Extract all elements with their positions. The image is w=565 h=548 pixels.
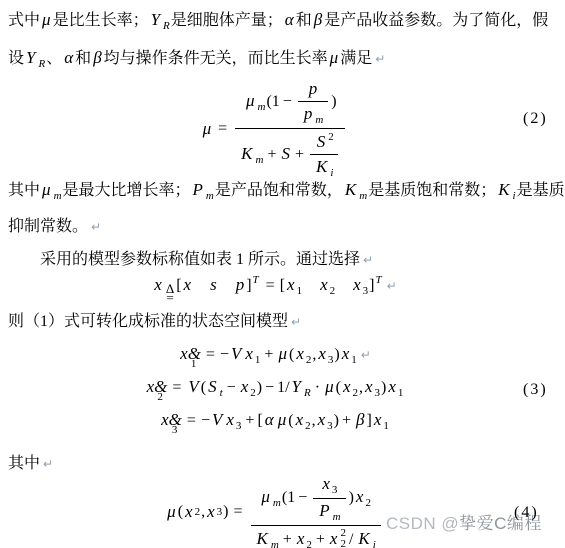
math-token: 2 — [195, 506, 201, 518]
equation-3-row-3: x&3=−Vx3+[αμ(x2,x3)+β]x1 — [0, 410, 549, 432]
equation-2: μ=μm(1−ppm)Km+S+S2Ki — [0, 84, 549, 174]
math-token: [ — [176, 277, 181, 294]
math-token: = — [218, 120, 227, 138]
math-token: β — [314, 10, 322, 29]
math-token: + — [283, 531, 292, 548]
math-token: P — [319, 501, 329, 520]
equation-3-number: (3) — [523, 381, 548, 399]
math-token: 是产品收益参数。为了简化，假 — [324, 12, 548, 29]
math-token: 则（1）式可转化成标准的状态空间模型 — [8, 313, 288, 330]
math-token: m — [54, 190, 62, 202]
math-token: (1 — [282, 489, 295, 506]
return-mark: ↵ — [43, 457, 53, 471]
math-token: x — [154, 275, 162, 294]
math-token: x — [184, 275, 192, 294]
math-token: 设 — [8, 50, 24, 67]
math-token: 其中 — [8, 455, 40, 472]
math-token: − — [201, 412, 210, 429]
paragraph-2-line-2: 抑制常数。↵ — [8, 215, 101, 239]
fraction: μm(1−ppm)Km+S+S2Ki — [235, 79, 345, 179]
math-token: = — [172, 379, 181, 396]
math-token: x — [356, 487, 364, 506]
math-token: 3 — [363, 285, 369, 297]
math-token: β — [356, 410, 364, 429]
math-token: − — [283, 93, 292, 110]
math-token: 3 — [332, 484, 338, 496]
math-token: (1 — [266, 93, 279, 110]
math-token: 1 — [351, 354, 357, 366]
paragraph-1-line-2: 设YR、α和β均与操作条件无关，而比生长率μ满足↵ — [8, 46, 385, 76]
math-token: + — [295, 146, 304, 163]
math-token: R — [38, 58, 45, 70]
math-token: ( — [178, 503, 183, 521]
watermark-prefix: CSDN @ — [386, 514, 459, 533]
math-token: x — [161, 410, 169, 429]
math-token: x — [374, 410, 382, 429]
math-token: p — [236, 275, 245, 294]
math-token: · — [315, 379, 320, 396]
math-token: 和 — [296, 12, 312, 29]
paragraph-3: 采用的模型参数标称值如表 1 所示。通过选择↵ — [40, 248, 373, 272]
math-token: m — [333, 511, 341, 523]
math-token: , — [312, 346, 316, 363]
math-token: s — [210, 275, 217, 294]
math-token: 1/ — [277, 379, 289, 396]
math-token: m — [315, 114, 323, 126]
math-token: x — [207, 502, 215, 522]
math-token: β — [93, 48, 101, 67]
math-token: 2 — [306, 539, 312, 548]
math-token: 2 — [340, 539, 346, 548]
fraction-numerator: μm(1−ppm) — [240, 79, 341, 128]
math-token: 是基质 — [517, 182, 565, 199]
math-token: ( — [289, 346, 294, 363]
return-mark: ↵ — [91, 220, 101, 234]
document-page: { "page": {"background": "#ffffff", "tex… — [0, 0, 565, 548]
math-token: 2 — [306, 354, 312, 366]
math-token: 满足 — [340, 50, 372, 67]
state-vector-definition: xΔ=[xsp]T=[x1x2x3]T↵ — [0, 274, 549, 302]
math-token: ) — [381, 379, 386, 396]
math-token: x — [343, 377, 351, 396]
math-token: 式中 — [8, 12, 40, 29]
math-token: + — [245, 412, 254, 429]
return-mark: ↵ — [291, 315, 301, 329]
math-token: x — [388, 377, 396, 396]
fraction-denominator: Pm — [313, 498, 345, 523]
math-token: K — [316, 157, 327, 176]
math-token: = — [266, 277, 275, 294]
math-token: x — [342, 344, 350, 363]
math-token: T — [253, 274, 259, 286]
math-token: ) — [331, 93, 336, 110]
math-token: x — [296, 410, 304, 429]
math-token: ( — [201, 379, 206, 396]
math-token: 1 — [383, 420, 389, 432]
math-token: S — [317, 132, 326, 151]
math-token: μ — [325, 377, 334, 396]
fraction-numerator: S2 — [311, 131, 338, 154]
math-token: 抑制常数。 — [8, 218, 88, 235]
math-token: 其中 — [8, 182, 40, 199]
math-token: α — [265, 410, 274, 429]
math-token: , — [312, 412, 316, 429]
fraction-numerator: μm(1−x3Pm)x2 — [255, 474, 376, 525]
math-token: α — [64, 48, 73, 67]
math-token: T — [376, 274, 382, 286]
math-token: x — [320, 275, 328, 294]
math-token: [ — [280, 277, 285, 294]
math-token: α — [285, 10, 294, 29]
math-token: i — [373, 539, 376, 548]
math-token: , — [359, 379, 363, 396]
math-token: ] — [367, 412, 372, 429]
math-token: 3 — [375, 387, 381, 399]
math-token: m — [273, 497, 281, 509]
math-token: 是基质饱和常数； — [368, 182, 496, 199]
math-token: x — [180, 344, 188, 363]
math-token: V — [231, 344, 241, 363]
math-token: x — [318, 410, 326, 429]
math-token: x — [296, 344, 304, 363]
math-token: 采用的模型参数标称值如表 1 所示。通过选择 — [40, 251, 360, 268]
fraction-numerator: x3 — [316, 474, 342, 498]
math-token: 2 — [330, 285, 336, 297]
return-mark: ↵ — [387, 279, 397, 293]
return-mark: ↵ — [363, 253, 373, 267]
math-token: μ — [330, 48, 339, 67]
math-token: x — [318, 344, 326, 363]
triangleq-symbol: Δ= — [166, 284, 174, 302]
equation-4-number: (4) — [514, 504, 539, 522]
math-token: + — [316, 531, 325, 548]
math-token: K — [241, 144, 252, 163]
fraction-denominator: Km+S+S2Ki — [235, 128, 345, 179]
math-token: 2 — [365, 497, 371, 509]
fraction: μm(1−x3Pm)x2Km+x2+x22/Ki — [251, 474, 381, 548]
return-mark: ↵ — [361, 348, 371, 362]
paragraph-5: 其中↵ — [8, 452, 53, 476]
equation-3-row-1: x&1=−Vx1+μ(x2,x3)x1↵ — [0, 344, 549, 366]
math-token: 1 — [398, 387, 404, 399]
math-token: 2 — [340, 528, 346, 539]
equation-2-number: (2) — [523, 110, 548, 128]
math-token: R — [304, 387, 311, 399]
math-token: 是产品饱和常数， — [215, 182, 343, 199]
math-token: μ — [42, 10, 51, 29]
math-token: ) — [334, 346, 339, 363]
math-token: K — [358, 529, 369, 548]
math-token: / — [349, 531, 353, 548]
math-token: μ — [278, 410, 287, 429]
paragraph-4: 则（1）式可转化成标准的状态空间模型↵ — [8, 310, 301, 334]
math-token: 2 — [353, 387, 359, 399]
math-token: S — [281, 144, 290, 163]
math-token: x — [330, 529, 338, 548]
fraction-denominator: pm — [298, 101, 328, 126]
math-token: x — [287, 275, 295, 294]
math-token: 3 — [217, 506, 223, 518]
math-token: t — [220, 387, 223, 399]
math-token: − — [298, 489, 307, 506]
math-token: Y — [26, 48, 35, 67]
math-token: , — [201, 503, 205, 521]
math-token: μ — [42, 180, 51, 199]
math-token: μ — [246, 91, 255, 110]
math-token: x — [241, 377, 249, 396]
math-token: 是最大比增长率； — [63, 182, 191, 199]
math-token: K — [498, 180, 509, 199]
math-token: m — [271, 539, 279, 548]
math-token: 22 — [340, 528, 346, 548]
math-token: P — [193, 180, 203, 199]
math-token: μ — [261, 487, 270, 506]
return-mark: ↵ — [375, 52, 385, 66]
fraction: ppm — [298, 79, 328, 126]
fraction: S2Ki — [310, 131, 338, 179]
math-token: K — [257, 529, 268, 548]
math-token: 3 — [236, 420, 242, 432]
math-token: = — [206, 346, 215, 363]
math-token: p — [309, 79, 318, 98]
math-token: ( — [336, 379, 341, 396]
math-token: − — [227, 379, 236, 396]
math-token: [ — [257, 412, 262, 429]
math-token: ] — [246, 277, 251, 294]
subsup-group: x22 — [328, 528, 346, 548]
math-token: S — [208, 377, 217, 396]
math-token: μ — [278, 344, 287, 363]
math-token: μ — [167, 502, 176, 522]
math-token: ) — [257, 379, 262, 396]
fraction: x3Pm — [313, 474, 345, 523]
math-token: + — [267, 146, 276, 163]
math-token: = — [166, 293, 173, 302]
math-token: ) — [334, 412, 339, 429]
math-token: − — [265, 379, 274, 396]
math-token: p — [304, 104, 313, 123]
math-token: x — [322, 474, 330, 493]
math-token: = — [187, 412, 196, 429]
math-token: μ — [203, 119, 212, 139]
math-token: + — [264, 346, 273, 363]
math-token: − — [220, 346, 229, 363]
math-token: m — [258, 101, 266, 113]
math-token: K — [345, 180, 356, 199]
equation-3-row-2: x&2=V(St−x2)−1/YR·μ(x2,x3)x1 — [0, 377, 549, 399]
math-token: = — [233, 503, 242, 521]
math-token: x — [185, 502, 193, 522]
math-token: 是比生长率； — [53, 12, 149, 29]
math-token: ) — [223, 503, 228, 521]
math-token: x — [353, 275, 361, 294]
math-token: x — [226, 410, 234, 429]
math-token: x — [365, 377, 373, 396]
fraction-denominator: Km+x2+x22/Ki — [251, 525, 381, 548]
math-token: 2 — [328, 131, 334, 143]
math-token: 和 — [75, 50, 91, 67]
math-token: 均与操作条件无关，而比生长率 — [104, 50, 328, 67]
math-token: V — [188, 377, 198, 396]
math-token: + — [342, 412, 351, 429]
math-token: x — [245, 344, 253, 363]
math-token: Y — [151, 10, 160, 29]
math-token: x — [147, 377, 155, 396]
math-token: 、 — [46, 50, 62, 67]
math-token: 3 — [327, 420, 333, 432]
paragraph-2-line-1: 其中μm是最大比增长率；Pm是产品饱和常数，Km是基质饱和常数；Ki是基质 — [8, 178, 565, 208]
math-token: R — [163, 20, 170, 32]
math-token: Y — [292, 377, 301, 396]
math-token: 3 — [328, 354, 334, 366]
math-token: x — [297, 529, 305, 548]
math-token: 2 — [305, 420, 311, 432]
math-token: 1 — [255, 354, 261, 366]
math-token: 是细胞体产量； — [171, 12, 283, 29]
math-token: 2 — [250, 387, 256, 399]
math-token: m — [206, 190, 214, 202]
math-token: V — [212, 410, 222, 429]
math-token: m — [256, 154, 264, 166]
math-token: m — [359, 190, 367, 202]
math-token: ] — [369, 277, 374, 294]
fraction-numerator: p — [303, 79, 324, 101]
math-token: ) — [349, 489, 354, 506]
fraction-denominator: Ki — [310, 154, 338, 179]
paragraph-1-line-1: 式中μ是比生长率；YR是细胞体产量；α和β是产品收益参数。为了简化，假 — [8, 8, 548, 38]
math-token: i — [513, 190, 516, 202]
math-token: 1 — [297, 285, 303, 297]
math-token: ( — [288, 412, 293, 429]
